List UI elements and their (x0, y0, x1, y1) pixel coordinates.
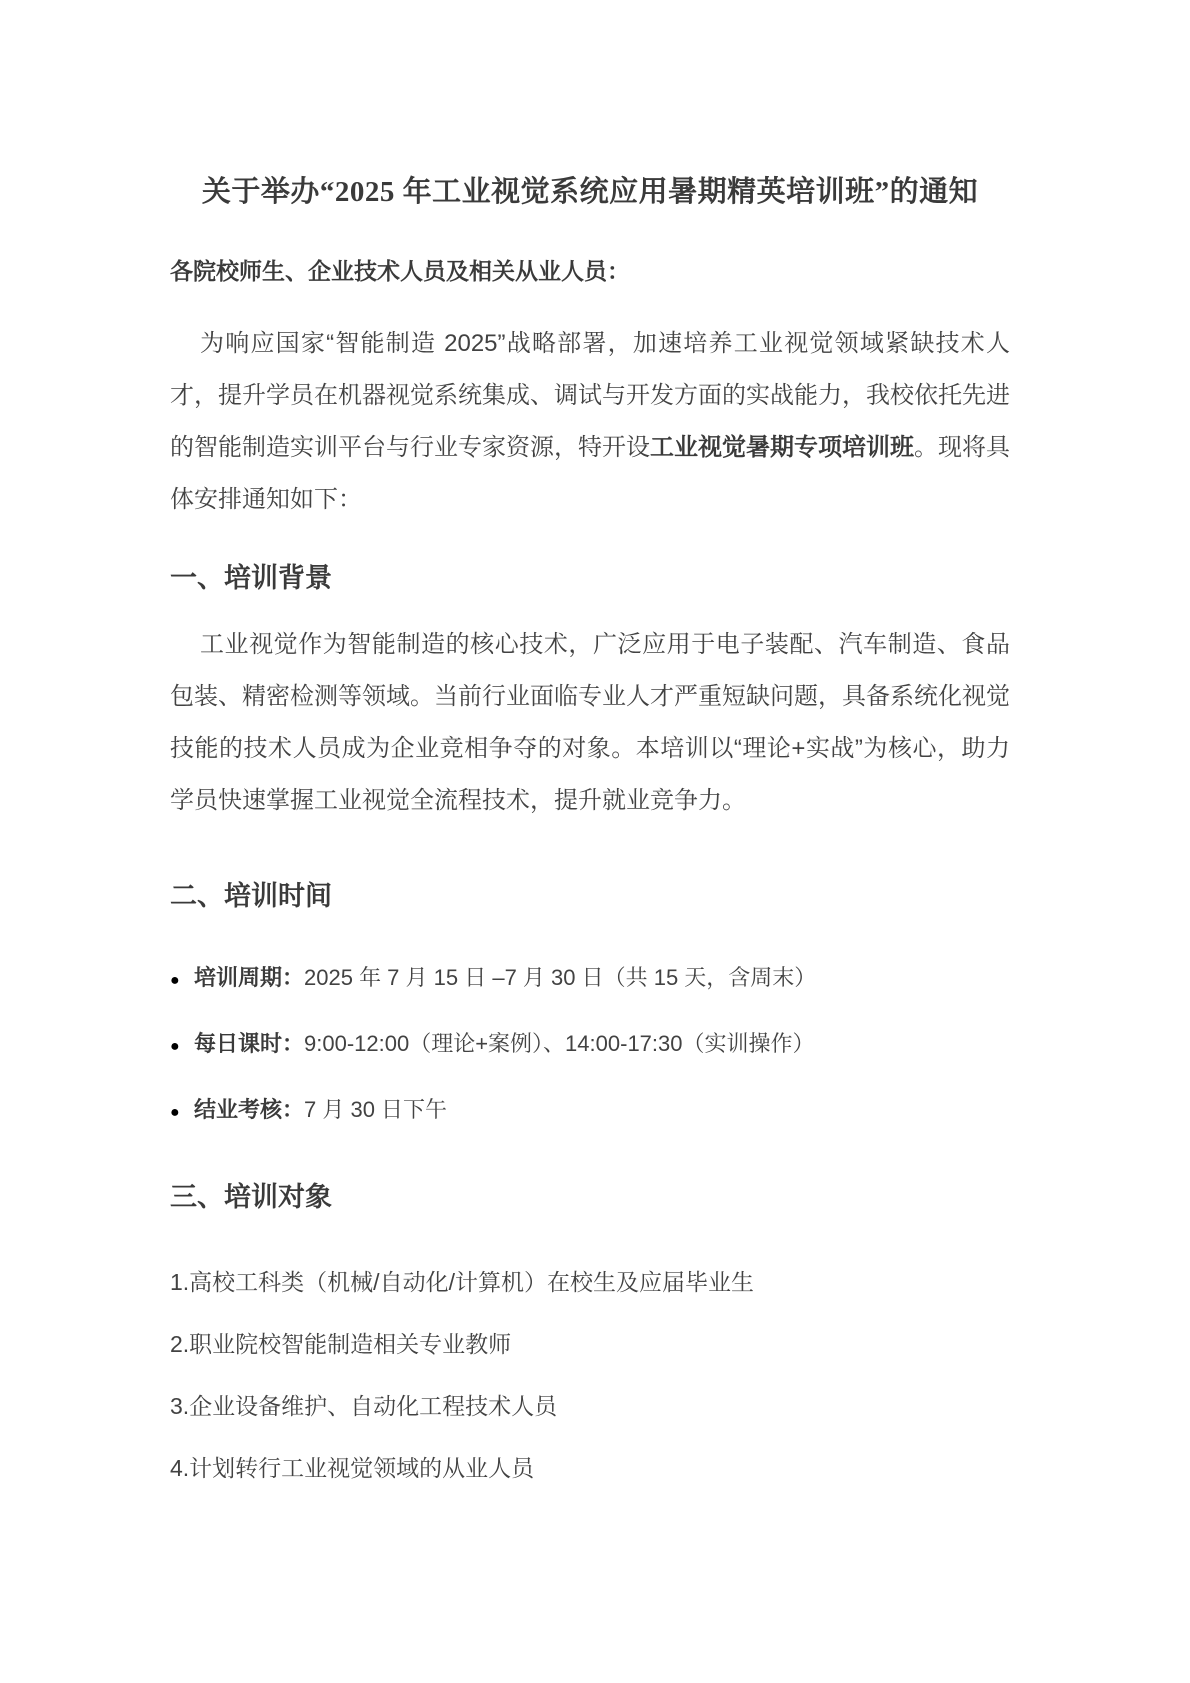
bullet-icon: ● (170, 966, 194, 996)
bullet-text: 9:00-12:00（理论+案例）、14:00-17:30（实训操作） (304, 1031, 814, 1056)
bullet-icon: ● (170, 1032, 194, 1062)
document-title: 关于举办“2025 年工业视觉系统应用暑期精英培训班”的通知 (170, 170, 1010, 215)
document-content: 关于举办“2025 年工业视觉系统应用暑期精英培训班”的通知 各院校师生、企业技… (170, 0, 1010, 1483)
bullet-body: 每日课时：9:00-12:00（理论+案例）、14:00-17:30（实训操作） (194, 1029, 815, 1059)
list-item-audience-1: 1.高校工科类（机械/自动化/计算机）在校生及应届毕业生 (170, 1267, 1010, 1297)
section-heading-training-time: 二、培训时间 (170, 881, 1010, 911)
list-item-audience-4: 4.计划转行工业视觉领域的从业人员 (170, 1453, 1010, 1483)
list-item-audience-2: 2.职业院校智能制造相关专业教师 (170, 1329, 1010, 1359)
bullet-text: 2025 年 7 月 15 日 –7 月 30 日（共 15 天，含周末） (304, 965, 816, 990)
salutation: 各院校师生、企业技术人员及相关从业人员： (170, 258, 1010, 284)
intro-paragraph: 为响应国家“智能制造 2025”战略部署，加速培养工业视觉领域紧缺技术人才，提升… (170, 318, 1010, 526)
training-background-paragraph: 工业视觉作为智能制造的核心技术，广泛应用于电子装配、汽车制造、食品包装、精密检测… (170, 619, 1010, 827)
bullet-label: 结业考核： (194, 1097, 304, 1122)
section-heading-training-background: 一、培训背景 (170, 563, 1010, 593)
section-heading-training-audience: 三、培训对象 (170, 1182, 1010, 1212)
list-item-training-period: ● 培训周期：2025 年 7 月 15 日 –7 月 30 日（共 15 天，… (170, 963, 1010, 996)
bullet-icon: ● (170, 1098, 194, 1128)
intro-bold-segment: 工业视觉暑期专项培训班 (650, 434, 914, 461)
bullet-body: 结业考核：7 月 30 日下午 (194, 1095, 447, 1125)
list-item-daily-hours: ● 每日课时：9:00-12:00（理论+案例）、14:00-17:30（实训操… (170, 1029, 1010, 1062)
bullet-label: 培训周期： (194, 965, 304, 990)
training-time-list: ● 培训周期：2025 年 7 月 15 日 –7 月 30 日（共 15 天，… (170, 963, 1010, 1128)
bullet-text: 7 月 30 日下午 (304, 1097, 447, 1122)
bullet-label: 每日课时： (194, 1031, 304, 1056)
list-item-audience-3: 3.企业设备维护、自动化工程技术人员 (170, 1391, 1010, 1421)
list-item-final-exam: ● 结业考核：7 月 30 日下午 (170, 1095, 1010, 1128)
document-page: 关于举办“2025 年工业视觉系统应用暑期精英培训班”的通知 各院校师生、企业技… (0, 0, 1190, 1683)
bullet-body: 培训周期：2025 年 7 月 15 日 –7 月 30 日（共 15 天，含周… (194, 963, 816, 993)
